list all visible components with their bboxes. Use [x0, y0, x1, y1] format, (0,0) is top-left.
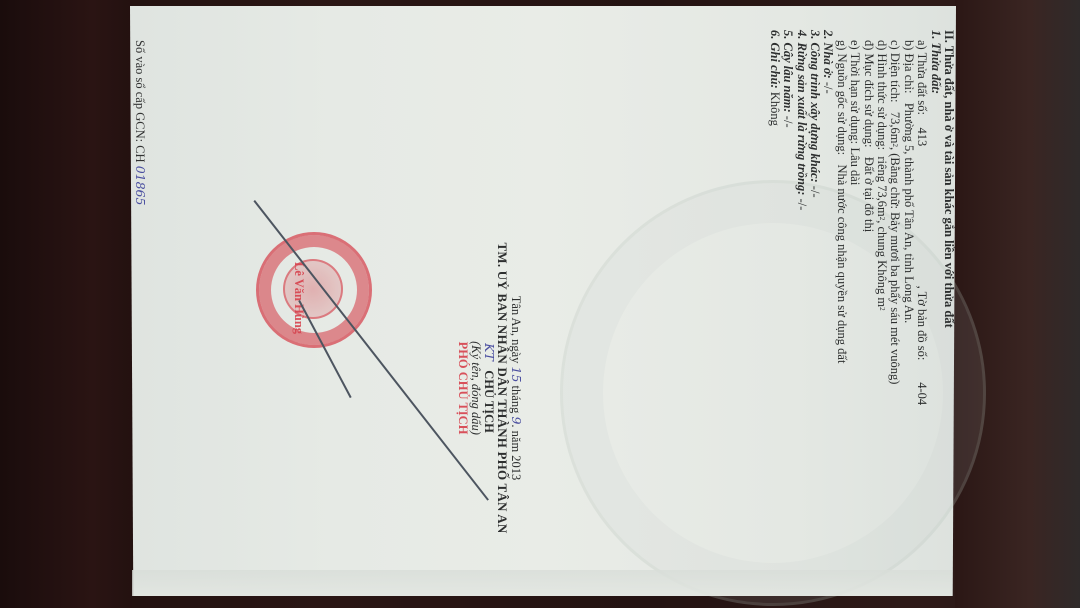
usage-form-row: d) Hình thức sử dụng: riêng 73,6m2, chun…: [875, 30, 888, 590]
perennial-label: 5. Cây lâu năm:: [781, 30, 795, 113]
origin-value: Nhà nước công nhận quyền sử dụng đất: [835, 164, 849, 363]
map-sheet-number: 4-04: [915, 382, 929, 405]
registry-label: Số vào sổ cấp GCN: CH: [133, 40, 147, 163]
house-value: -/-: [821, 82, 835, 94]
area-label: c) Diện tích:: [888, 40, 902, 102]
other-works-row: 3. Công trình xây dựng khác: -/-: [808, 30, 821, 590]
usage-form-common: , chung Không m: [875, 220, 889, 307]
term-value: Lâu dài: [848, 148, 862, 186]
signature-block: Tân An, ngày 15 tháng 9. năm 2013 TM. UỶ…: [455, 208, 523, 568]
place-date: Tân An, ngày 15 tháng 9. năm 2013: [509, 208, 523, 568]
chairman-title: CHỦ TỊCH: [482, 370, 496, 433]
parcel-number-row: a) Thửa đất số: 413 , Tờ bản đồ số: 4-04: [915, 30, 928, 590]
address-label: b) Địa chỉ:: [902, 40, 916, 93]
kt-handwritten: KT: [482, 343, 497, 361]
purpose-value: Đất ở tại đô thị: [862, 157, 876, 232]
origin-label: g) Nguồn gốc sử dụng:: [835, 40, 849, 155]
forest-label: 4. Rừng sản xuất là rừng trồng:: [795, 30, 809, 195]
certificate-content: II. Thửa đất, nhà ở và tài sản khác gắn …: [135, 30, 955, 590]
area-row: c) Diện tích: 73,6m2, (Bằng chữ: Bảy mươ…: [888, 30, 901, 590]
desk-background-right: [955, 0, 1080, 608]
parcel-label: a) Thửa đất số:: [915, 40, 929, 115]
usage-form-label: d) Hình thức sử dụng:: [875, 40, 889, 150]
sign-note: (Ký tên, đóng dấu): [469, 208, 483, 568]
title-line: KT CHỦ TỊCH: [482, 208, 496, 568]
purpose-row: đ) Mục đích sử dụng: Đất ở tại đô thị: [861, 30, 874, 590]
seal-emblem-icon: [283, 259, 343, 319]
land-heading: 1. Thửa đất:: [928, 30, 941, 590]
usage-common-sup: 2: [878, 307, 886, 311]
origin-row: g) Nguồn gốc sử dụng: Nhà nước công nhận…: [834, 30, 847, 590]
other-works-value: -/-: [808, 186, 822, 198]
place-date-prefix: Tân An, ngày: [509, 296, 523, 364]
area-words: , (Bằng chữ: Bảy mươi ba phẩy sáu mét vu…: [888, 147, 902, 384]
date-day: 15: [509, 367, 524, 383]
stamp-title: PHÓ CHỦ TỊCH: [455, 208, 469, 568]
date-month-label: tháng: [509, 386, 523, 414]
house-label: 2. Nhà ở:: [821, 30, 835, 79]
date-year: . năm 2013: [509, 424, 523, 480]
area-value: 73,6m: [888, 112, 902, 144]
desk-background-left: [0, 0, 132, 608]
address-row: b) Địa chỉ: Phường 5, thành phố Tân An, …: [901, 30, 914, 590]
parcel-number: 413: [915, 127, 928, 282]
other-works-label: 3. Công trình xây dựng khác:: [808, 30, 822, 183]
registry-number: Số vào sổ cấp GCN: CH 01865: [133, 40, 147, 205]
forest-row: 4. Rừng sản xuất là rừng trồng: -/-: [794, 30, 807, 590]
perennial-row: 5. Cây lâu năm: -/-: [781, 30, 794, 590]
purpose-label: đ) Mục đích sử dụng:: [862, 40, 876, 147]
notes-row: 6. Ghi chú: Không: [768, 30, 781, 590]
org-line: TM. UỶ BAN NHÂN DÂN THÀNH PHỐ TÂN AN: [496, 208, 510, 568]
term-label: e) Thời hạn sử dụng:: [848, 40, 861, 135]
term-row: e) Thời hạn sử dụng: Lâu dài: [848, 30, 861, 590]
registry-handwritten-number: 01865: [133, 166, 148, 206]
forest-value: -/-: [795, 199, 809, 211]
map-sheet-label: , Tờ bản đồ số:: [915, 286, 929, 361]
house-row: 2. Nhà ở: -/-: [821, 30, 834, 590]
perennial-value: -/-: [781, 116, 795, 128]
notes-label: 6. Ghi chú:: [768, 30, 782, 89]
usage-form-private: riêng 73,6m: [875, 156, 889, 216]
address-value: Phường 5, thành phố Tân An, tỉnh Long An…: [902, 103, 916, 323]
section-title: II. Thửa đất, nhà ở và tài sản khác gắn …: [942, 30, 955, 590]
notes-value: Không: [768, 92, 782, 126]
